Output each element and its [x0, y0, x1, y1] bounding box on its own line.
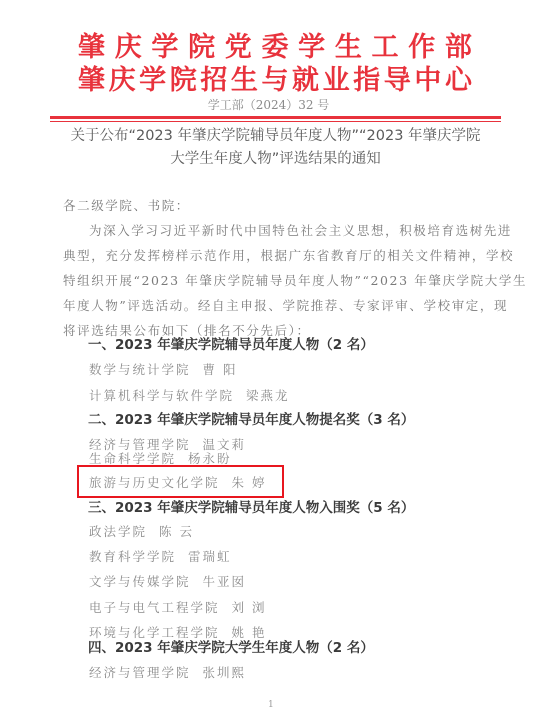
college-name: 计算机科学与软件学院 — [89, 388, 234, 403]
notice-title-line-1: 关于公布“2023 年肇庆学院辅导员年度人物”“2023 年肇庆学院 — [50, 124, 501, 148]
letterhead-char: 与 — [261, 66, 288, 96]
section-heading-4: 四、2023 年肇庆学院大学生年度人物（2 名） — [88, 638, 374, 658]
letterhead-char: 导 — [384, 66, 411, 96]
letterhead-char: 肇 — [78, 66, 105, 96]
letterhead-char: 中 — [414, 66, 441, 96]
list-item: 政法学院陈 云 — [89, 522, 194, 542]
list-item: 教育科学学院雷瑞虹 — [89, 547, 232, 567]
college-name: 数学与统计学院 — [89, 362, 191, 377]
body-text: 各二级学院、书院： 为深入学习习近平新时代中国特色社会主义思想，积极培育选树先进… — [63, 193, 503, 343]
section-heading-1: 一、2023 年肇庆学院辅导员年度人物（2 名） — [88, 335, 374, 355]
letterhead-char: 院 — [188, 33, 215, 63]
intro-line: 典型，充分发挥榜样示范作用，根据广东省教育厅的相关文件精神，学校 — [63, 243, 503, 268]
list-item: 数学与统计学院曹 阳 — [89, 360, 238, 380]
letterhead-char: 肇 — [78, 33, 105, 63]
person-name: 曹 阳 — [203, 362, 238, 377]
person-name: 梁燕龙 — [246, 388, 290, 403]
person-name: 陈 云 — [159, 524, 194, 539]
letterhead-char: 就 — [292, 66, 319, 96]
letterhead-char: 部 — [445, 33, 472, 63]
red-highlight-box — [77, 465, 284, 498]
letterhead-char: 庆 — [109, 66, 136, 96]
red-divider-thin — [50, 121, 501, 122]
letterhead-char: 作 — [408, 33, 435, 63]
red-divider-thick — [50, 116, 501, 119]
person-name: 张圳熙 — [203, 665, 247, 680]
letterhead-char: 委 — [261, 33, 288, 63]
person-name: 雷瑞虹 — [188, 549, 232, 564]
salutation: 各二级学院、书院： — [63, 193, 503, 218]
list-item: 经济与管理学院张圳熙 — [89, 663, 246, 683]
person-name: 刘 浏 — [232, 600, 267, 615]
notice-title-line-2: 大学生年度人物”评选结果的通知 — [50, 147, 501, 171]
letterhead-char: 党 — [225, 33, 252, 63]
letterhead-char: 学 — [139, 66, 166, 96]
section-heading-2: 二、2023 年肇庆学院辅导员年度人物提名奖（3 名） — [88, 410, 414, 430]
letterhead-char: 院 — [170, 66, 197, 96]
document-number: 学工部（2024）32 号 — [0, 98, 537, 112]
letterhead-char: 心 — [445, 66, 472, 96]
letterhead-char: 工 — [372, 33, 399, 63]
list-item: 文学与传媒学院牛亚囡 — [89, 572, 246, 592]
section-heading-3: 三、2023 年肇庆学院辅导员年度人物入围奖（5 名） — [88, 498, 414, 518]
letterhead-line-2: 肇 庆 学 院 招 生 与 就 业 指 导 中 心 — [78, 66, 472, 96]
letterhead-char: 业 — [323, 66, 350, 96]
college-name: 教育科学学院 — [89, 549, 176, 564]
letterhead-line-1: 肇 庆 学 院 党 委 学 生 工 作 部 — [78, 33, 472, 63]
college-name: 文学与传媒学院 — [89, 574, 191, 589]
list-item: 电子与电气工程学院刘 浏 — [89, 598, 267, 618]
college-name: 生命科学学院 — [89, 451, 176, 466]
letterhead-char: 庆 — [115, 33, 142, 63]
letterhead-char: 学 — [151, 33, 178, 63]
letterhead-char: 指 — [353, 66, 380, 96]
college-name: 电子与电气工程学院 — [89, 600, 220, 615]
letterhead-char: 招 — [200, 66, 227, 96]
intro-line: 为深入学习习近平新时代中国特色社会主义思想，积极培育选树先进 — [63, 218, 503, 243]
intro-line: 年度人物”评选活动。经自主申报、学院推荐、专家评审、学校审定，现 — [63, 293, 503, 318]
page-number: 1 — [268, 700, 274, 710]
intro-line: 特组织开展“2023 年肇庆学院辅导员年度人物”“2023 年肇庆学院大学生 — [63, 268, 503, 293]
letterhead-char: 生 — [335, 33, 362, 63]
letterhead-char: 生 — [231, 66, 258, 96]
person-name: 杨永盼 — [188, 451, 232, 466]
college-name: 政法学院 — [89, 524, 147, 539]
college-name: 经济与管理学院 — [89, 665, 191, 680]
letterhead-char: 学 — [298, 33, 325, 63]
person-name: 牛亚囡 — [203, 574, 247, 589]
list-item: 计算机科学与软件学院梁燕龙 — [89, 386, 290, 406]
